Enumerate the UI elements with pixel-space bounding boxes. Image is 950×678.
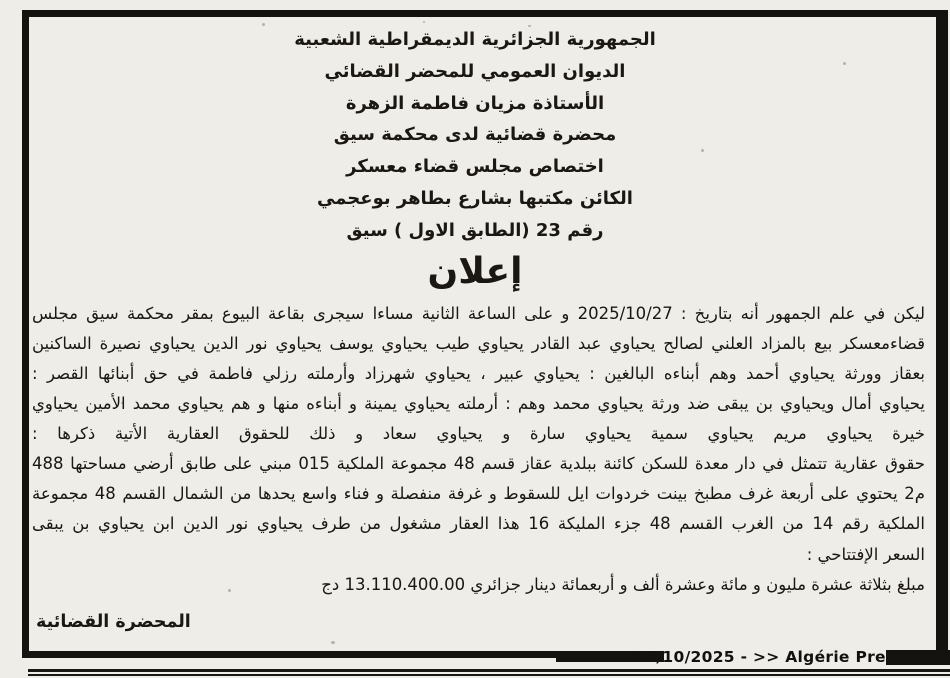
body-line-1: ليكن في علم الجمهور أنه بتاريخ : 2025/10… (32, 301, 925, 327)
top-scan-artifact (663, 0, 672, 4)
signature-bailiff: المحضرة القضائية (36, 612, 191, 632)
letterhead-address-line: الكائن مكتبها بشارع بطاهر بوعجمي (0, 186, 950, 212)
body-line-6: حقوق عقارية تتمثل في دار معدة للسكن كائن… (32, 451, 925, 477)
letterhead-office-line: الديوان العمومي للمحضر القضائي (0, 59, 950, 85)
body-line-3: بعقاز وورثة يحياوي أحمد وهم أبناءه البال… (32, 361, 925, 387)
top-scan-artifact (352, 1, 359, 5)
scan-speckle (262, 23, 265, 26)
body-line-2: قضاءمعسكر بيع بالمزاد العلني لصالح يحياو… (32, 331, 925, 357)
bottom-double-rule-bottom (28, 674, 950, 676)
letterhead-court-line: محضرة قضائية لدى محكمة سيق (0, 122, 950, 148)
body-line-4: يحياوي أمال ويحياوي بن يبقى ضد ورثة يحيا… (32, 391, 925, 417)
opening-price-amount: مبلغ بثلاثة عشرة مليون و مائة وعشرة ألف … (32, 572, 925, 598)
letterhead-bailiff-name: الأستاذة مزيان فاطمة الزهرة (0, 91, 950, 117)
footer-left-rule (556, 653, 664, 662)
scanned-announcement-page: الجمهورية الجزائرية الديمقراطية الشعبية … (0, 0, 950, 678)
letterhead-jurisdiction: اختصاص مجلس قضاء معسكر (0, 154, 950, 180)
footer-right-rule (886, 650, 950, 665)
top-scan-artifact (481, 0, 492, 4)
opening-price-label: السعر الإفتتاحي : (32, 542, 925, 568)
top-scan-artifact (62, 1, 75, 6)
announcement-title: إعلان (0, 250, 950, 294)
letterhead-republic-line: الجمهورية الجزائرية الديمقراطية الشعبية (0, 27, 950, 53)
body-line-5: خيرة يحياوي مريم يحياوي سمية يحياوي سارة… (32, 421, 925, 447)
body-line-8: الملكية رقم 14 من الغرب القسم 48 جزء الم… (32, 511, 925, 537)
footer-date-source: 26/10/2025 - >> Algérie Presse (664, 644, 886, 669)
top-scan-artifact (561, 1, 576, 6)
scan-speckle (423, 21, 425, 23)
scan-speckle (331, 641, 335, 644)
body-line-7: م2 يحتوي على أربعة غرف مطبخ بينت خردوات … (32, 481, 925, 507)
top-scan-artifact (869, 0, 897, 6)
top-scan-artifact (283, 0, 292, 5)
letterhead-address-number: رقم 23 (الطابق الاول ) سيق (0, 218, 950, 244)
bottom-double-rule-top (28, 669, 950, 672)
scan-speckle (701, 149, 704, 152)
